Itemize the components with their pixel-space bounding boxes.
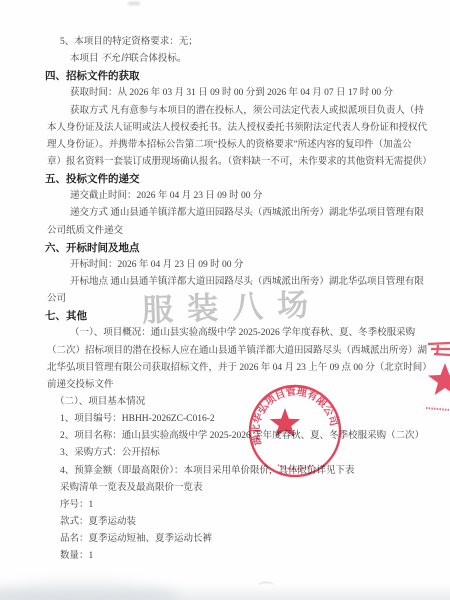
section-heading: 七、其他: [45, 308, 427, 325]
doc-line-text: 本人身份证及法人证明或法人授权委托书。法人授权委托书须附法定代表人身份证和授权代: [47, 123, 427, 133]
doc-line-text: 品名：夏季运动短袖、夏季运动长裤: [60, 534, 212, 544]
doc-line-text: （二）、项目基本情况: [55, 397, 145, 407]
doc-line: 递交截止时间：2026 年 04 月 23 日 09 时 00 分: [70, 188, 427, 205]
doc-line-text: 开标地点 通山县通羊镇洋都大道田园路尽头（西城派出所旁）湖北华弘项目管理有限: [70, 277, 424, 287]
doc-line: 3、采购方式：公开招标: [60, 445, 427, 462]
company-stamp: 湖北华弘项目管理有限公司: [246, 382, 346, 482]
doc-line-text: （一）、项目概况：通山县实验高级中学 2025-2026 学年度春秋、夏、冬季校…: [70, 328, 415, 338]
partial-stamp-text-illegible: [426, 408, 450, 410]
star-icon: [270, 408, 300, 437]
doc-line: 公司: [47, 291, 427, 308]
doc-line-text: 款式：夏季运动装: [60, 517, 136, 527]
section-heading: 六、开标时间及地点: [45, 240, 427, 257]
doc-line: 品名：夏季运动短袖、夏季运动长裤: [60, 531, 427, 548]
doc-line: 开标地点 通山县通羊镇洋都大道田园路尽头（西城派出所旁）湖北华弘项目管理有限: [70, 274, 427, 291]
doc-line: 数量：1: [60, 548, 427, 565]
section-heading: 五、投标文件的递交: [45, 171, 427, 188]
doc-line: （二次）招标项目的潜在投标人应在通山县通羊镇洋都大道田园路尽头（西城派出所旁）湖: [47, 343, 427, 360]
doc-line: 采购清单一览表及最高限价一览表: [60, 480, 427, 497]
partial-stamp-glyph: [428, 343, 450, 355]
doc-line: 递交方式 通山县通羊镇洋都大道田园路尽头（西城派出所旁）湖北华弘项目管理有限: [70, 205, 427, 222]
doc-line-text: 2、项目名称：通山县实验高级中学 2025-2026 学年度春秋、夏、冬季校服采…: [60, 431, 424, 441]
doc-line-text: 四、招标文件的获取: [45, 71, 140, 82]
doc-line-text: 递交截止时间：2026 年 04 月 23 日 09 时 00 分: [70, 191, 262, 201]
doc-line: 序号：1: [60, 497, 427, 514]
doc-line-text: 本项目: [70, 54, 101, 64]
doc-line: 本项目 不允许联合体投标。: [70, 51, 427, 68]
doc-line-text: 联合体投标。: [129, 54, 186, 64]
doc-line-text: 递交方式 通山县通羊镇洋都大道田园路尽头（西城派出所旁）湖北华弘项目管理有限: [70, 208, 424, 218]
doc-line-text: 公司: [47, 294, 66, 304]
doc-line-text: （二次）招标项目的潜在投标人应在通山县通羊镇洋都大道田园路尽头（西城派出所旁）湖: [47, 346, 427, 356]
partial-stamp: [418, 336, 450, 421]
doc-line-text: 数量：1: [60, 551, 93, 561]
doc-line-text: 获取时间：从 2026 年 03 月 31 日 09 时 00 分到 2026 …: [70, 88, 393, 98]
doc-line-text: 3、采购方式：公开招标: [60, 448, 160, 458]
doc-line-text: 1、项目编号：HBHH-2026ZC-C016-2: [60, 414, 215, 424]
doc-line-text: 七、其他: [45, 311, 87, 322]
scan-artifact: [258, 582, 274, 589]
doc-line: 前递交投标文件: [47, 377, 427, 394]
doc-line: 北华弘项目管理有限公司获取招标文件，并于 2026 年 04 月 23 上午 0…: [47, 360, 427, 377]
doc-line-text: 六、开标时间及地点: [45, 243, 140, 254]
doc-line: 公司纸质文件递交: [47, 223, 427, 240]
doc-line: 获取方式 凡有意参与本项目的潜在投标人，须公司法定代表人或拟派项目负责人（持: [70, 103, 427, 120]
partial-star-icon: [428, 363, 450, 395]
doc-line-text: 开标时间：2026 年 04 月 23 日 09 时 00 分: [70, 260, 243, 270]
doc-line-text: 获取方式 凡有意参与本项目的潜在投标人，须公司法定代表人或拟派项目负责人（持: [70, 106, 424, 116]
scanned-document-page: 服装八场 5、本项目的特定资格要求：无；本项目 不允许联合体投标。四、招标文件的…: [0, 0, 450, 600]
doc-line: 5、本项目的特定资格要求：无；: [60, 34, 427, 51]
doc-line: 开标时间：2026 年 04 月 23 日 09 时 00 分: [70, 257, 427, 274]
doc-line: 理人身份证）。并携带本招标公告第二项“投标人的资格要求”所述内容的复印件（加盖公: [47, 137, 427, 154]
doc-line-text: 公司纸质文件递交: [47, 226, 123, 236]
doc-line: 章）报名资料一套装订成册现场确认报名。（资料缺一不可，未作要求的其他资料无需提供…: [47, 154, 427, 171]
scan-artifact: [128, 2, 140, 5]
doc-line-text: 不允许: [101, 54, 130, 64]
doc-line-text: 理人身份证）。并携带本招标公告第二项“投标人的资格要求”所述内容的复印件（加盖公: [47, 140, 412, 150]
section-heading: 四、招标文件的获取: [45, 68, 427, 85]
doc-line-text: 北华弘项目管理有限公司获取招标文件，并于 2026 年 04 月 23 上午 0…: [47, 363, 432, 373]
doc-line-text: 采购清单一览表及最高限价一览表: [60, 483, 203, 493]
stamp-circle: [250, 386, 340, 476]
doc-line-text: 五、投标文件的递交: [45, 174, 140, 185]
stamp-company-text: 湖北华弘项目管理有限公司: [249, 385, 341, 447]
doc-line-text: 序号：1: [60, 500, 93, 510]
doc-line: 2、项目名称：通山县实验高级中学 2025-2026 学年度春秋、夏、冬季校服采…: [60, 428, 427, 445]
stamp-registration-number-illegible: [278, 465, 312, 469]
doc-line: 款式：夏季运动装: [60, 514, 427, 531]
doc-line: 本人身份证及法人证明或法人授权委托书。法人授权委托书须附法定代表人身份证和授权代: [47, 120, 427, 137]
doc-line: 1、项目编号：HBHH-2026ZC-C016-2: [60, 411, 427, 428]
doc-line: 获取时间：从 2026 年 03 月 31 日 09 时 00 分到 2026 …: [70, 85, 427, 102]
doc-line-text: 章）报名资料一套装订成册现场确认报名。（资料缺一不可，未作要求的其他资料无需提供…: [47, 157, 432, 167]
scan-artifact: [0, 582, 180, 600]
doc-line: （二）、项目基本情况: [55, 394, 427, 411]
doc-line-text: 5、本项目的特定资格要求：无；: [60, 37, 198, 47]
document-body: 5、本项目的特定资格要求：无；本项目 不允许联合体投标。四、招标文件的获取获取时…: [45, 34, 427, 565]
doc-line: 4、预算金额（即最高限价）：本项目采用单价限价，具体限价详见下表: [60, 463, 427, 480]
doc-line-text: 前递交投标文件: [47, 380, 114, 390]
doc-line: （一）、项目概况：通山县实验高级中学 2025-2026 学年度春秋、夏、冬季校…: [70, 325, 427, 342]
